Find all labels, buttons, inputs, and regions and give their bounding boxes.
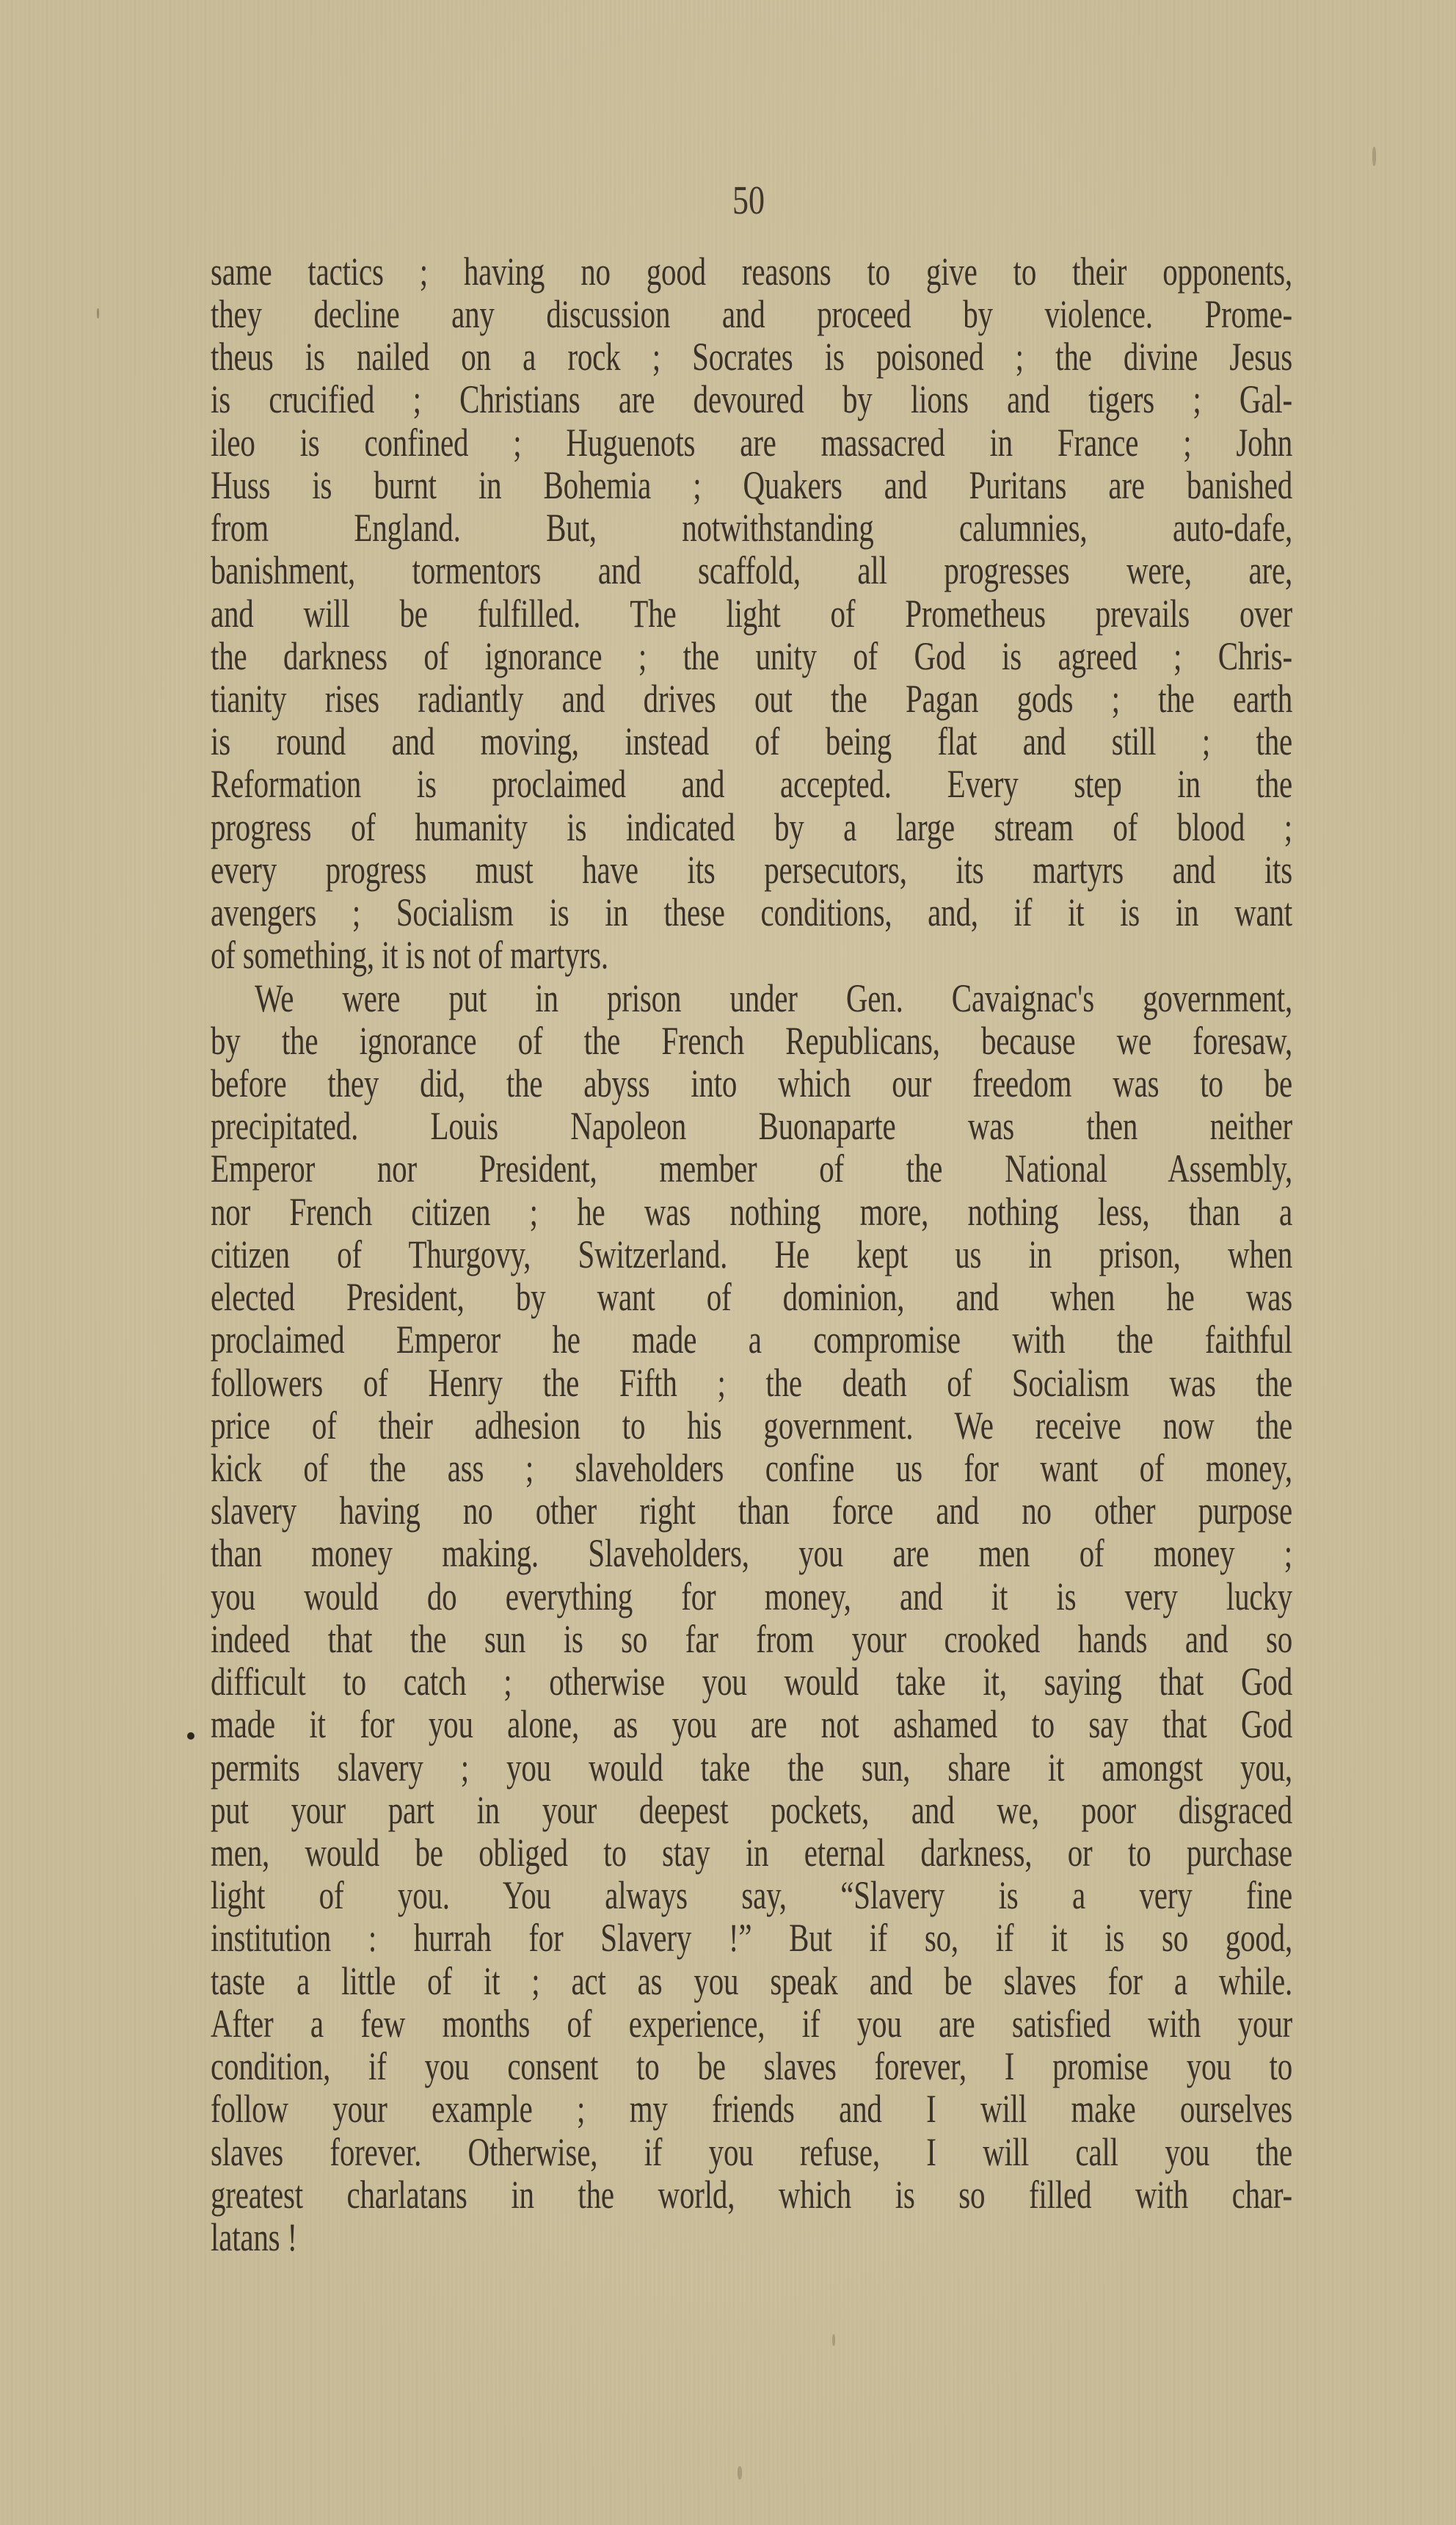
paper-speck <box>832 2334 835 2346</box>
page-number: 50 <box>0 173 1456 228</box>
paper-speck <box>97 308 99 319</box>
ink-dot <box>187 1732 194 1740</box>
paper-speck <box>1372 147 1376 166</box>
paragraph-end-line: latans ! <box>211 2209 1292 2265</box>
paper-speck <box>738 2466 742 2479</box>
